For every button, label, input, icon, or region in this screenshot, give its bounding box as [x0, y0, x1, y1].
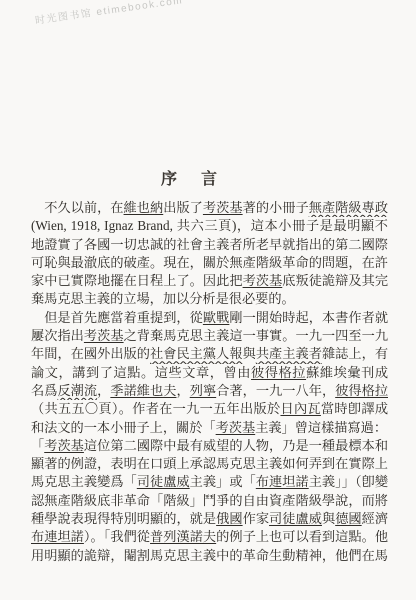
text-line: 屢次指出考茨基之背棄馬克思主義這一事實。一九一四至一九一六 [31, 327, 388, 345]
text-segment: ， [176, 383, 189, 398]
text-segment: 可恥與最澈底的破產。現在，關於無產階級革命的問題，在許多國 [31, 255, 388, 272]
text-line: (Wien, 1918, Ignaz Brand, 共六三頁)，這本小冊子是最明… [31, 217, 388, 235]
text-segment: 不久以前，在 [44, 200, 123, 215]
text-line: 年間，在國外出版的社會民主黨人報與共產主義者雜誌上，有多篇 [31, 345, 388, 363]
text-segment: 主義」或「 [190, 474, 256, 489]
text-segment: 論文，講到了這點。這些文章，曾由 [31, 365, 251, 380]
proper-noun-underline: 維也納 [124, 200, 164, 215]
proper-noun-underline: 普列漢諾夫 [150, 529, 216, 544]
proper-noun-underline: 德國 [335, 511, 361, 526]
proper-noun-underline: 布連坦諾 [31, 529, 84, 544]
text-line: 但是首先應當着重提到，從歐戰剛一開始時起，本書作者就已 [31, 309, 388, 327]
text-segment: 主義」曾這樣描寫過： [255, 420, 387, 435]
proper-noun-underline: 考茨基 [216, 420, 256, 435]
page-title: 序 言 [31, 166, 351, 189]
proper-noun-underline: 考茨基 [84, 328, 124, 343]
text-line: 「考茨基這位第二國際中最有威望的人物，乃是一種最標本和 [31, 437, 388, 455]
text-segment: 馬克思主義變爲「 [31, 474, 137, 489]
text-segment: 和法文的一本小冊子上，關於「 [31, 420, 216, 435]
text-segment: （共五五〇頁）。作者在一九一五年出版於 [31, 401, 280, 416]
proper-noun-underline: 考茨基 [203, 200, 243, 215]
text-segment: 與 [243, 346, 256, 361]
text-line: 和法文的一本小冊子上，關於「考茨基主義」曾這樣描寫過： [31, 419, 388, 437]
text-segment: 種學說表現得特別明顯的，就是 [31, 511, 216, 526]
book-title-mark: 反潮流 [57, 383, 97, 398]
text-segment: 這位第二國際中最有威望的人物，乃是一種最標本和 [84, 438, 388, 453]
proper-noun-underline: 考茨基 [243, 273, 283, 288]
proper-noun-underline: 考茨基 [44, 438, 84, 453]
text-segment: 合著，一九一八年， [216, 383, 335, 398]
text-segment: 認無產階級底非革命「階級」鬥爭的自由資產階級學說，而將這 [31, 493, 388, 510]
text-line: 不久以前，在維也納出版了考茨基著的小冊子無產階級專政 [31, 199, 388, 217]
text-segment: 用明顯的詭辯，閹割馬克思主義中的革命生動精神，他們在馬克思 [31, 548, 388, 565]
proper-noun-underline: 司徒盧威 [269, 511, 322, 526]
text-line: （共五五〇頁）。作者在一九一五年出版於日內瓦當時卽譯成德文 [31, 400, 388, 418]
proper-noun-underline: 日內瓦 [280, 401, 320, 416]
proper-noun-underline: 司徒盧威 [137, 474, 190, 489]
text-segment: ， [97, 383, 110, 398]
text-line: 家中已實際地擺在日程上了。因此把考茨基底叛徒詭辯及其完全背 [31, 272, 388, 290]
text-segment: 棄馬克思主義的立場，加以分析是很必要的。 [31, 291, 295, 306]
text-segment: (Wien, 1918, Ignaz Brand, 共六三頁)，這本小冊子是最明… [31, 218, 388, 235]
text-line: 可恥與最澈底的破產。現在，關於無產階級革命的問題，在許多國 [31, 254, 388, 272]
text-line: 用明顯的詭辯，閹割馬克思主義中的革命生動精神，他們在馬克思 [31, 547, 388, 565]
text-line: 馬克思主義變爲「司徒盧威主義」或「布連坦諾主義」」（卽變爲 [31, 473, 388, 491]
text-segment: 顯著的例證，表明在口頭上承認馬克思主義如何弄到在實際上把 [31, 456, 388, 473]
text-line: 名爲反潮流，季諾維也夫，列寧合著，一九一八年，彼得格拉出版 [31, 382, 388, 400]
text-line: 種學說表現得特別明顯的，就是俄國作家司徒盧威與德國經濟學家 [31, 510, 388, 528]
body-text: 不久以前，在維也納出版了考茨基著的小冊子無產階級專政(Wien, 1918, I… [31, 199, 388, 565]
book-title-mark: 社會民主黨人報 [150, 346, 243, 361]
proper-noun-underline: 布連坦諾 [256, 474, 309, 489]
text-segment: 出版了 [163, 200, 203, 215]
proper-noun-underline: 列寧 [190, 383, 216, 398]
text-line: 布連坦諾）。「我們從普列漢諾夫的例子上也可以看到這點。他們 [31, 528, 388, 546]
text-segment: 與 [322, 511, 335, 526]
text-segment: 地證實了各國一切忠誠的社會主義者所老早就指出的第二國際之最 [31, 237, 388, 254]
text-segment: 名爲 [31, 383, 57, 398]
text-line: 顯著的例證，表明在口頭上承認馬克思主義如何弄到在實際上把 [31, 455, 388, 473]
proper-noun-underline: 彼得格拉 [251, 365, 306, 380]
text-line: 地證實了各國一切忠誠的社會主義者所老早就指出的第二國際之最 [31, 236, 388, 254]
proper-noun-underline: 彼得格拉 [335, 383, 388, 398]
text-line: 論文，講到了這點。這些文章，曾由彼得格拉蘇維埃彙刊成書，標 [31, 364, 388, 382]
text-line: 認無產階級底非革命「階級」鬥爭的自由資產階級學說，而將這 [31, 492, 388, 510]
proper-noun-underline: 歐戰 [203, 310, 229, 325]
text-segment: 屢次指出 [31, 328, 84, 343]
book-title-mark: 共產主義者 [256, 346, 322, 361]
text-line: 棄馬克思主義的立場，加以分析是很必要的。 [31, 290, 388, 308]
text-segment: 「 [31, 438, 44, 453]
text-segment: 家中已實際地擺在日程上了。因此把 [31, 273, 243, 288]
proper-noun-underline: 俄國 [216, 511, 242, 526]
book-title-mark: 無產階級專政 [309, 200, 388, 215]
text-segment: 作家 [243, 511, 269, 526]
text-segment: 著的小冊子 [243, 200, 309, 215]
text-segment: 但是首先應當着重提到，從 [44, 310, 203, 325]
text-segment: 年間，在國外出版的 [31, 346, 150, 361]
text-segment: ）。「我們從 [84, 529, 150, 544]
proper-noun-underline: 季諾維也夫 [110, 383, 176, 398]
watermark: 时光图书馆 etimebook.com [34, 0, 184, 27]
